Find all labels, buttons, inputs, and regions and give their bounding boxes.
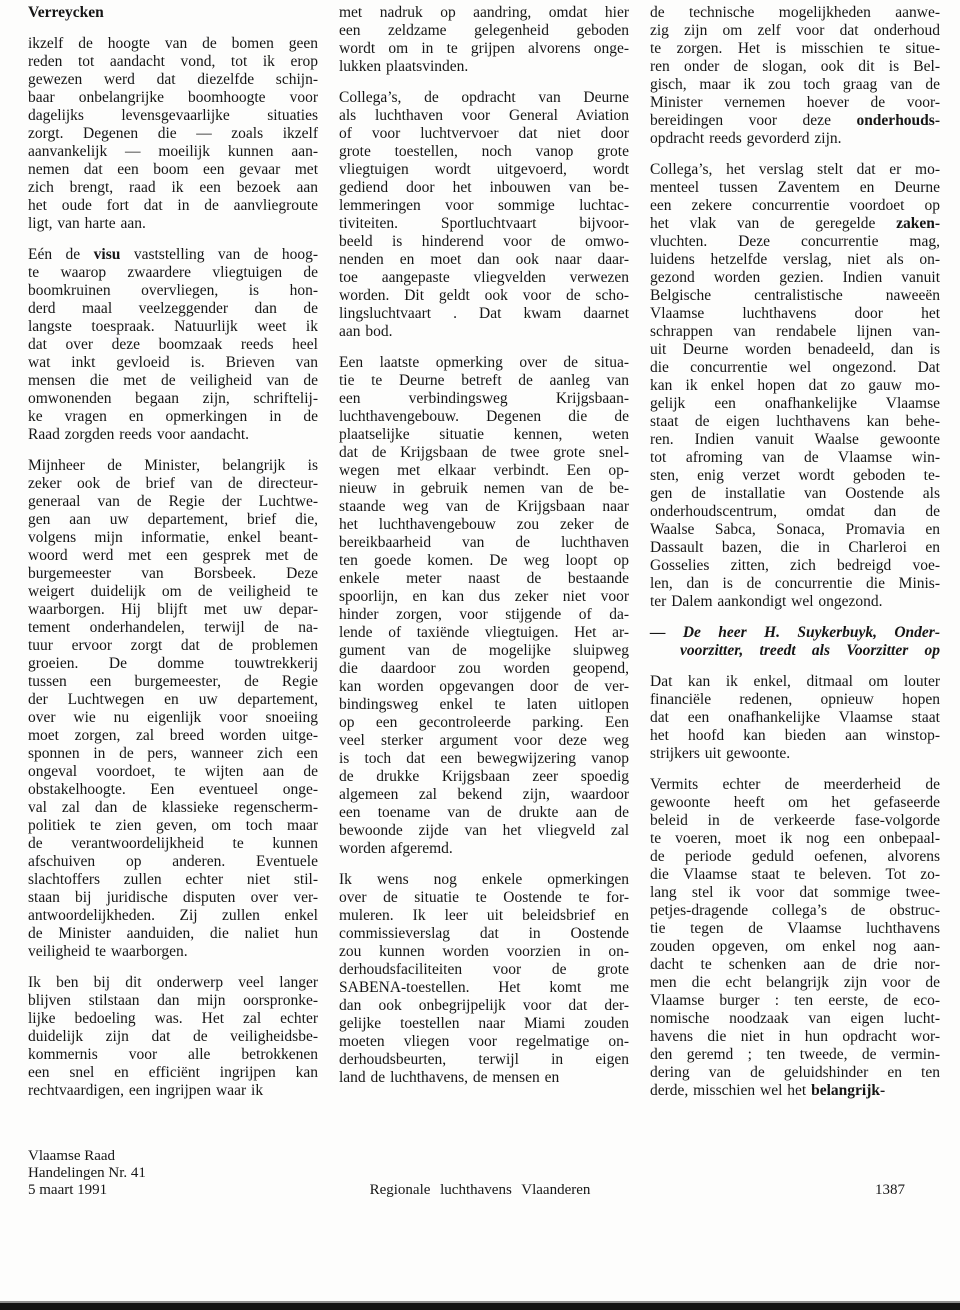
text-line: hinder zorgen, voor stijgende of da- xyxy=(339,606,629,624)
text-line: slachtoffers zullen echter niet stil- xyxy=(28,871,318,889)
text-line: of voor luchtvervoer dat niet door xyxy=(339,125,629,143)
text-line: zich brengt, raad ik een bezoek aan xyxy=(28,179,318,197)
text-line: bindingsweg enkel te laten uitlopen xyxy=(339,696,629,714)
speaker-name-heading: Verreycken xyxy=(28,4,318,22)
paragraph: Ik wens nog enkele opmerkingenover de si… xyxy=(339,871,629,1087)
text-line: Ik wens nog enkele opmerkingen xyxy=(339,871,629,889)
text-line: duidelijk zijn dat de veiligheidsbe- xyxy=(28,1028,318,1046)
text-line: dan ook onbegrijpelijk voor dat der- xyxy=(339,997,629,1015)
document-page: Verreyckenikzelf de hoogte van de bomen … xyxy=(0,0,960,1310)
text-line: gelijke toestellen naar Miami zouden xyxy=(339,1015,629,1033)
text-line: de Minister aanduiden, die naliet hun xyxy=(28,925,318,943)
text-line: groeien. De domme touwtrekkerij xyxy=(28,655,318,673)
text-line: uit Deurne worden benadeeld, dan is xyxy=(650,341,940,359)
text-line: lemmeringen voor sommige luchtac- xyxy=(339,197,629,215)
text-line: het hoofd kan bieden aan winstop- xyxy=(650,727,940,745)
text-line: bewoonde zijde van het vliegveld zal xyxy=(339,822,629,840)
text-line: kommernis voor alle betrokkenen xyxy=(28,1046,318,1064)
text-line: Mijnheer de Minister, belangrijk is xyxy=(28,457,318,475)
footer-publication-name: Vlaamse Raad xyxy=(28,1148,146,1165)
text-line: nomische noodzaak van eigen lucht- xyxy=(650,1010,940,1028)
text-line: algemeen zal bekend zijn, waardoor xyxy=(339,786,629,804)
text-line: financiële redenen, opnieuw hopen xyxy=(650,691,940,709)
text-line: blijven stilstaan dan mijn oorspronke- xyxy=(28,992,318,1010)
column-1: Verreyckenikzelf de hoogte van de bomen … xyxy=(28,4,318,1113)
text-line: worden afgeremd. xyxy=(339,840,629,858)
text-line: Dassault bazen, die in Charleroi en xyxy=(650,539,940,557)
text-line: staan bij juridische disputen over ver- xyxy=(28,889,318,907)
text-line: kan ik enkel hopen dat zo gauw mo- xyxy=(650,377,940,395)
text-line: sponnen in de pers, wanneer zich een xyxy=(28,745,318,763)
text-line: te zorgen. Het is misschien te situe- xyxy=(650,40,940,58)
text-line: die Vlaamse staat te beleven. Tot zo- xyxy=(650,866,940,884)
text-line: langste toespraak. Natuurlijk weet ik xyxy=(28,318,318,336)
text-line: vluchten. Deze concurrentie mag, xyxy=(650,233,940,251)
text-line: toe aangepaste vliegvelden verwezen xyxy=(339,269,629,287)
text-line: schrappen van rendabele lijnen van- xyxy=(650,323,940,341)
column-3: de technische mogelijkheden aanwe-zig zi… xyxy=(650,4,940,1113)
scan-edge-bar xyxy=(0,1303,960,1310)
text-line: antwoordelijkheden. Zij zullen enkel xyxy=(28,907,318,925)
text-line: dat over deze boomzaak reeds heel xyxy=(28,336,318,354)
text-line: moet zorgen, zal breed worden uitge- xyxy=(28,727,318,745)
text-line: tement onderhandelen, terwijl de na- xyxy=(28,619,318,637)
text-line: Raad zorgden reeds voor aandacht. xyxy=(28,426,318,444)
text-line: gen de installatie van Oostende als xyxy=(650,485,940,503)
text-line: baar onbelangrijke boomhoogte voor xyxy=(28,89,318,107)
text-line: Collega’s, de opdracht van Deurne xyxy=(339,89,629,107)
text-line: Vermits echter de meerderheid de xyxy=(650,776,940,794)
text-line: wordt om in te grijpen alvorens onge- xyxy=(339,40,629,58)
text-line: met nadruk op aandring, omdat hier xyxy=(339,4,629,22)
text-line: lijke bedoeling was. Het zal echter xyxy=(28,1010,318,1028)
paragraph: Collega’s, de opdracht van Deurneals luc… xyxy=(339,89,629,341)
text-line: aanvankelijk — moeilijk kunnen aan- xyxy=(28,143,318,161)
text-line: petjes-dragende collega’s de obstruc- xyxy=(650,902,940,920)
text-line: tie te Deurne betreft de aanleg van xyxy=(339,372,629,390)
text-line: de drukke Krijgsbaan zeer spoedig xyxy=(339,768,629,786)
text-line: dacht te schenken aan de drie nor- xyxy=(650,956,940,974)
text-line: het vlak van de geregelde zaken- xyxy=(650,215,940,233)
text-line: staande weg van de Krijgsbaan naar xyxy=(339,498,629,516)
text-line: dat een onafhankelijke Vlaamse staat xyxy=(650,709,940,727)
text-line: SABENA-toestellen. Het komt me xyxy=(339,979,629,997)
text-line: gediend door het inbouwen van be- xyxy=(339,179,629,197)
paragraph: Vermits echter de meerderheid degewoonte… xyxy=(650,776,940,1100)
text-line: commissieverslag dat in Oostende xyxy=(339,925,629,943)
text-line: ligt, van harte aan. xyxy=(28,215,318,233)
text-line: waarborgen. Hij blijft met uw depar- xyxy=(28,601,318,619)
text-line: een zekere concurrentie voordoet op xyxy=(650,197,940,215)
text-line: gezond worden gezien. Indien vanuit xyxy=(650,269,940,287)
text-line: sten, enig verzet wordt geboden te- xyxy=(650,467,940,485)
text-line: Eén de visu vaststelling van de hoog- xyxy=(28,246,318,264)
text-line: staat de eigen luchthavens kan behe- xyxy=(650,413,940,431)
text-line: enkele meter naast de bestaande xyxy=(339,570,629,588)
paragraph: de technische mogelijkheden aanwe-zig zi… xyxy=(650,4,940,148)
text-line: luchthavengebouw. Degenen die de xyxy=(339,408,629,426)
text-line: zig zijn om zelf voor dat onderhoud xyxy=(650,22,940,40)
text-line: nemen dat een boom een gevaar met xyxy=(28,161,318,179)
text-line: Dat kan ik enkel, ditmaal om louter xyxy=(650,673,940,691)
text-line: ren onder de slogan, ook dit is Bel- xyxy=(650,58,940,76)
text-line: die daardoor zou worden geopend, xyxy=(339,660,629,678)
text-line: reden tot aandacht vond, tot ik erop xyxy=(28,53,318,71)
text-line: zorgt. Degenen die — zoals ikzelf xyxy=(28,125,318,143)
text-line: de periode geduld oefenen, alvorens xyxy=(650,848,940,866)
text-line: derhoudsfaciliteiten voor de grote xyxy=(339,961,629,979)
text-line: wegen met elkaar verbindt. Een op- xyxy=(339,462,629,480)
text-line: gewezen werd dat diezelfde schijn- xyxy=(28,71,318,89)
text-line: val zal dan de klassieke regenscherm- xyxy=(28,799,318,817)
text-line: voorzitter, treedt als Voorzitter op xyxy=(650,642,940,660)
text-line: lende of taxiënde vliegtuigen. Het ar- xyxy=(339,624,629,642)
text-line: Belgische centralistische naweeën xyxy=(650,287,940,305)
text-line: onderhoudscentrum, omdat dan de xyxy=(650,503,940,521)
paragraph: Een laatste opmerking over de situa-tie … xyxy=(339,354,629,858)
text-line: vliegtuigen wordt uitgevoerd, wordt xyxy=(339,161,629,179)
text-line: die concurrentie wel ongezond. Dat xyxy=(650,359,940,377)
text-line: nieuw in gebruik nemen van de be- xyxy=(339,480,629,498)
text-line: dat de Krijgsbaan de twee grote snel- xyxy=(339,444,629,462)
text-line: de verantwoordelijkheid te kunnen xyxy=(28,835,318,853)
text-line: een snel en efficiënt ingrijpen kan xyxy=(28,1064,318,1082)
text-line: rechtvaardigen, een ingrijpen waar ik xyxy=(28,1082,318,1100)
text-line: beeld is hinderend voor de omwo- xyxy=(339,233,629,251)
text-line: spoorlijn, en kan dus zeker niet voor xyxy=(339,588,629,606)
text-line: Waalse Sabca, Sonaca, Promavia en xyxy=(650,521,940,539)
paragraph: Eén de visu vaststelling van de hoog-te … xyxy=(28,246,318,444)
text-line: tot afroming van de Vlaamse win- xyxy=(650,449,940,467)
text-line: het oude fort dat in de aanvliegroute xyxy=(28,197,318,215)
text-columns: Verreyckenikzelf de hoogte van de bomen … xyxy=(28,4,940,1113)
text-line: tussen een burgemeester, de Regie xyxy=(28,673,318,691)
text-line: lukken plaatsvinden. xyxy=(339,58,629,76)
text-line: volgens mijn informatie, enkel beant- xyxy=(28,529,318,547)
text-line: menteel tussen Zaventem en Deurne xyxy=(650,179,940,197)
text-line: Een laatste opmerking over de situa- xyxy=(339,354,629,372)
text-line: zou kunnen worden voorzien in on- xyxy=(339,943,629,961)
text-line: wat inkt gevloeid is. Brieven van xyxy=(28,354,318,372)
column-2: met nadruk op aandring, omdat hiereen ze… xyxy=(339,4,629,1113)
footer-section-title: Regionale luchthavens Vlaanderen xyxy=(0,1182,960,1199)
text-line: is toch dat een bewegwijzering vanop xyxy=(339,750,629,768)
text-line: ke vragen en opmerkingen in de xyxy=(28,408,318,426)
text-line: aan bod. xyxy=(339,323,629,341)
paragraph: Collega’s, het verslag stelt dat er mo-m… xyxy=(650,161,940,611)
paragraph: Dat kan ik enkel, ditmaal om louterfinan… xyxy=(650,673,940,763)
footer-issue-number: Handelingen Nr. 41 xyxy=(28,1165,146,1182)
text-line: dering van de geluidshinder en ten xyxy=(650,1064,940,1082)
text-line: woord werd met een gesprek met de xyxy=(28,547,318,565)
text-line: ren. Indien vanuit Waalse gewoonte xyxy=(650,431,940,449)
text-line: grote toestellen, noch vanop grote xyxy=(339,143,629,161)
text-line: Vlaamse burger : ten eerste, de eco- xyxy=(650,992,940,1010)
text-line: lingsluchtvaart . Dat kwam daarnet xyxy=(339,305,629,323)
text-line: zouden opgeven, om enkel nog aan- xyxy=(650,938,940,956)
text-line: lang stel ik voor dat sommige twee- xyxy=(650,884,940,902)
text-line: men die echt belangrijk zijn voor de xyxy=(650,974,940,992)
text-line: ten goede komen. De weg loopt op xyxy=(339,552,629,570)
text-line: boomkruinen overvliegen, is hon- xyxy=(28,282,318,300)
text-line: generaal van de Regie der Luchtwe- xyxy=(28,493,318,511)
text-line: gument van de mogelijke sluipweg xyxy=(339,642,629,660)
text-line: Verreycken xyxy=(28,4,318,22)
text-line: op een gecontroleerde parking. Een xyxy=(339,714,629,732)
text-line: als luchthaven voor General Aviation xyxy=(339,107,629,125)
text-line: weigert duidelijk om de veiligheid te xyxy=(28,583,318,601)
text-line: gelijk een onafhankelijke Vlaamse xyxy=(650,395,940,413)
text-line: beleid in de verkeerde fase-volgorde xyxy=(650,812,940,830)
text-line: nenden en moet dan ook naar daar- xyxy=(339,251,629,269)
text-line: een zeldzame gelegenheid geboden xyxy=(339,22,629,40)
text-line: derhoudsbeurten, terwijl in eigen xyxy=(339,1051,629,1069)
text-line: politiek te zien geven, om toch maar xyxy=(28,817,318,835)
text-line: ongeval voordoet, te wijten aan de xyxy=(28,763,318,781)
text-line: gen aan uw departement, brief die, xyxy=(28,511,318,529)
text-line: bereikbaarheid van de luchthaven xyxy=(339,534,629,552)
text-line: tuur ervoor zorgt dat de problemen xyxy=(28,637,318,655)
text-line: — De heer H. Suykerbuyk, Onder- xyxy=(650,624,940,642)
text-line: bereidingen voor deze onderhouds- xyxy=(650,112,940,130)
text-line: Vlaamse luchthavens door het xyxy=(650,305,940,323)
footer-page-number: 1387 xyxy=(875,1182,905,1199)
paragraph: ikzelf de hoogte van de bomen geenreden … xyxy=(28,35,318,233)
paragraph: Ik ben bij dit onderwerp veel langerblij… xyxy=(28,974,318,1100)
text-line: den geremd ; ten tweede, de vermin- xyxy=(650,1046,940,1064)
text-line: plaatselijke situatie kennen, weten xyxy=(339,426,629,444)
text-line: te waarop zwaardere vliegtuigen de xyxy=(28,264,318,282)
text-line: zeker ook de brief van de directeur- xyxy=(28,475,318,493)
text-line: worden. Dit geldt ook voor de scho- xyxy=(339,287,629,305)
text-line: het luchthavengebouw zou zeker de xyxy=(339,516,629,534)
text-line: Ik ben bij dit onderwerp veel langer xyxy=(28,974,318,992)
text-line: derd maal veelzeggender dan de xyxy=(28,300,318,318)
text-line: veiligheid te waarborgen. xyxy=(28,943,318,961)
text-line: tiviteiten. Sportluchtvaart bijvoor- xyxy=(339,215,629,233)
text-line: luidens hetzelfde verslag, niet als on- xyxy=(650,251,940,269)
text-line: derde, misschien wel het belangrijk- xyxy=(650,1082,940,1100)
text-line: burgemeester van Borsbeek. Deze xyxy=(28,565,318,583)
text-line: gisch, maar ik zou toch graag van de xyxy=(650,76,940,94)
text-line: tie tegen de Vlaamse luchthavens xyxy=(650,920,940,938)
text-line: len, dan is de concurrentie die Minis- xyxy=(650,575,940,593)
text-line: muleren. Ik leer uit beleidsbrief en xyxy=(339,907,629,925)
text-line: de technische mogelijkheden aanwe- xyxy=(650,4,940,22)
paragraph: met nadruk op aandring, omdat hiereen ze… xyxy=(339,4,629,76)
text-line: over de situatie te Oostende te for- xyxy=(339,889,629,907)
text-line: opdracht reeds gevorderd zijn. xyxy=(650,130,940,148)
text-line: Collega’s, het verslag stelt dat er mo- xyxy=(650,161,940,179)
text-line: kan worden opgevangen door de ver- xyxy=(339,678,629,696)
text-line: ter Dalem aankondigt wel ongezond. xyxy=(650,593,940,611)
text-line: Minister vernemen hoever de voor- xyxy=(650,94,940,112)
text-line: een toename van de drukte aan de xyxy=(339,804,629,822)
text-line: moeten vliegen voor regelmatige on- xyxy=(339,1033,629,1051)
text-line: te voeren, moet ik nog een onbepaal- xyxy=(650,830,940,848)
text-line: gewoonte heeft om het gefaseerde xyxy=(650,794,940,812)
text-line: land de luchthavens, de mensen en xyxy=(339,1069,629,1087)
presiding-change-note: — De heer H. Suykerbuyk, Onder-voorzitte… xyxy=(650,624,940,660)
text-line: omwonenden begaan zijn, schriftelij- xyxy=(28,390,318,408)
text-line: der Luchtwegen en uw departement, xyxy=(28,691,318,709)
text-line: havens die niet in hun opdracht wor- xyxy=(650,1028,940,1046)
text-line: dagelijks levensgevaarlijke situaties xyxy=(28,107,318,125)
text-line: afschuiven op anderen. Eventuele xyxy=(28,853,318,871)
text-line: ikzelf de hoogte van de bomen geen xyxy=(28,35,318,53)
text-line: over wie nu eigenlijk voor snoeiing xyxy=(28,709,318,727)
text-line: Gosselies zitten, zich bedreigd voe- xyxy=(650,557,940,575)
text-line: mensen die met de veiligheid van de xyxy=(28,372,318,390)
text-line: een verbindingsweg Krijgsbaan- xyxy=(339,390,629,408)
text-line: strijkers uit gewoonte. xyxy=(650,745,940,763)
text-line: obstakelhoogte. Een eventueel onge- xyxy=(28,781,318,799)
paragraph: Mijnheer de Minister, belangrijk iszeker… xyxy=(28,457,318,961)
text-line: veel sterker argument voor deze weg xyxy=(339,732,629,750)
